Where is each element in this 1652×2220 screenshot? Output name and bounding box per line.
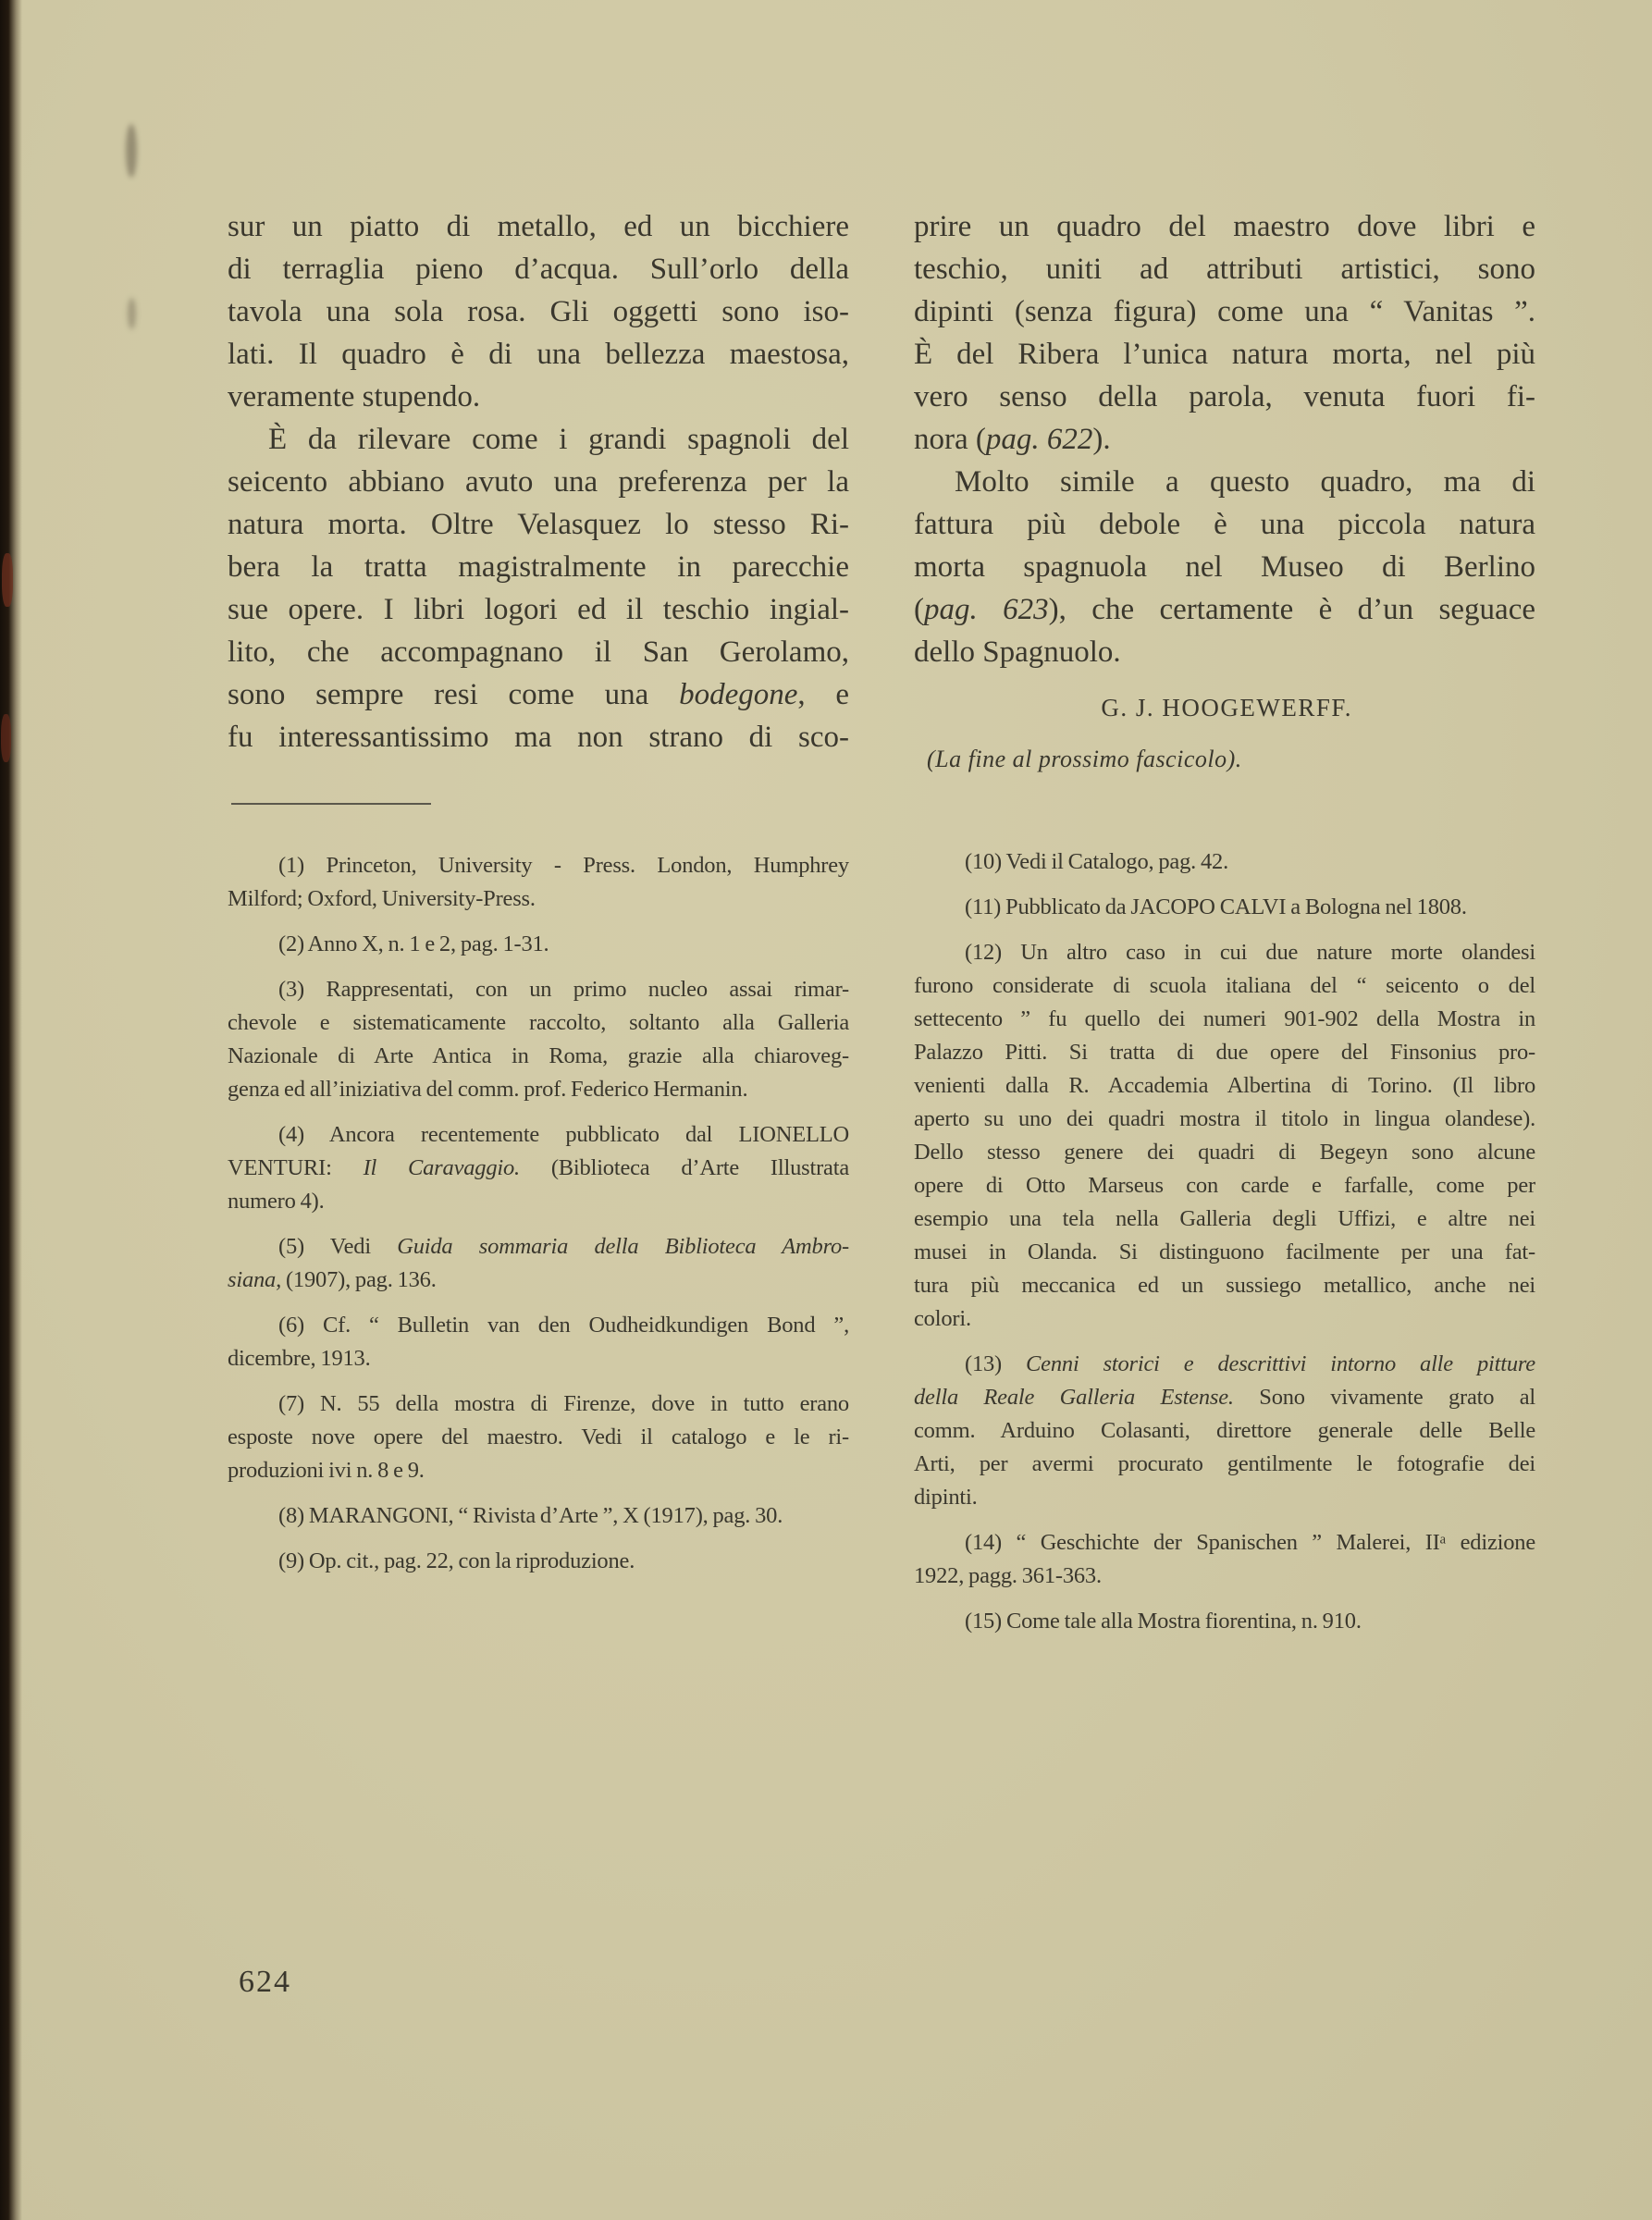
- text-line: morta spagnuola nel Museo di Berlino: [914, 546, 1535, 588]
- text-line: (9) Op. cit., pag. 22, con la riproduzio…: [228, 1545, 849, 1578]
- text-line: siana, (1907), pag. 136.: [228, 1264, 849, 1297]
- text-line: chevole e sistematicamente raccolto, sol…: [228, 1006, 849, 1040]
- footnote: (9) Op. cit., pag. 22, con la riproduzio…: [228, 1545, 849, 1578]
- text-line: veramente stupendo.: [228, 376, 849, 418]
- page: sur un piatto di metallo, ed un bicchier…: [0, 0, 1652, 2220]
- scan-smudge: [126, 124, 137, 178]
- text-line: VENTURI: Il Caravaggio. (Biblioteca d’Ar…: [228, 1152, 849, 1185]
- footnotes-left-column: (1) Princeton, University - Press. Londo…: [228, 849, 849, 1590]
- scan-artifact: [1, 714, 11, 762]
- text-line: bera la tratta magistralmente in parecch…: [228, 546, 849, 588]
- text-line: Dello stesso genere dei quadri di Begeyn…: [914, 1136, 1535, 1169]
- text-line: dipinti (senza figura) come una “ Vanita…: [914, 290, 1535, 333]
- text-line: esposte nove opere del maestro. Vedi il …: [228, 1421, 849, 1454]
- text-line: produzioni ivi n. 8 e 9.: [228, 1454, 849, 1487]
- text-line: comm. Arduino Colasanti, direttore gener…: [914, 1414, 1535, 1448]
- text-line: (pag. 623), che certamente è d’un seguac…: [914, 588, 1535, 631]
- text-line: (4) Ancora recentemente pubblicato dal L…: [228, 1118, 849, 1152]
- footnote: (11) Pubblicato da JACOPO CALVI a Bologn…: [914, 891, 1535, 924]
- text-line: settecento ” fu quello dei numeri 901-90…: [914, 1003, 1535, 1036]
- text-line: 1922, pagg. 361-363.: [914, 1560, 1535, 1593]
- scan-artifact: [2, 553, 13, 607]
- text-line: dello Spagnuolo.: [914, 631, 1535, 673]
- text-line: tavola una sola rosa. Gli oggetti sono i…: [228, 290, 849, 333]
- page-number: 624: [239, 1965, 291, 2000]
- text-line: sur un piatto di metallo, ed un bicchier…: [228, 205, 849, 248]
- footnote: (6) Cf. “ Bulletin van den Oudheidkundig…: [228, 1309, 849, 1375]
- text-line: musei in Olanda. Si distinguono facilmen…: [914, 1236, 1535, 1269]
- text-line: opere di Otto Marseus con carde e farfal…: [914, 1169, 1535, 1202]
- text-line: (2) Anno X, n. 1 e 2, pag. 1-31.: [228, 928, 849, 961]
- text-line: seicento abbiano avuto una preferenza pe…: [228, 461, 849, 503]
- text-line: lito, che accompagnano il San Gerolamo,: [228, 631, 849, 673]
- text-line: (3) Rappresentati, con un primo nucleo a…: [228, 973, 849, 1006]
- text-line: (1) Princeton, University - Press. Londo…: [228, 849, 849, 882]
- text-line: (5) Vedi Guida sommaria della Biblioteca…: [228, 1230, 849, 1264]
- text-line: (14) “ Geschichte der Spanischen ” Maler…: [914, 1526, 1535, 1560]
- text-line: aperto su uno dei quadri mostra il titol…: [914, 1103, 1535, 1136]
- text-line: della Reale Galleria Estense. Sono vivam…: [914, 1381, 1535, 1414]
- text-line: furono considerate di scuola italiana de…: [914, 969, 1535, 1003]
- text-line: teschio, uniti ad attributi artistici, s…: [914, 248, 1535, 290]
- footnote: (7) N. 55 della mostra di Firenze, dove …: [228, 1387, 849, 1487]
- main-right-lines: prire un quadro del maestro dove libri e…: [914, 205, 1535, 673]
- text-line: venienti dalla R. Accademia Albertina di…: [914, 1069, 1535, 1103]
- text-line: Milford; Oxford, University-Press.: [228, 882, 849, 916]
- scan-smudge: [128, 298, 136, 329]
- text-line: (12) Un altro caso in cui due nature mor…: [914, 936, 1535, 969]
- text-line: nora (pag. 622).: [914, 418, 1535, 461]
- text-line: fattura più debole è una piccola natura: [914, 503, 1535, 546]
- footnote: (4) Ancora recentemente pubblicato dal L…: [228, 1118, 849, 1218]
- text-line: Palazzo Pitti. Si tratta di due opere de…: [914, 1036, 1535, 1069]
- text-line: (10) Vedi il Catalogo, pag. 42.: [914, 845, 1535, 879]
- text-line: Molto simile a questo quadro, ma di: [914, 461, 1535, 503]
- footnote-separator-rule: [231, 803, 431, 805]
- text-line: colori.: [914, 1302, 1535, 1336]
- text-line: lati. Il quadro è di una bellezza maesto…: [228, 333, 849, 376]
- text-line: È da rilevare come i grandi spagnoli del: [228, 418, 849, 461]
- text-line: (7) N. 55 della mostra di Firenze, dove …: [228, 1387, 849, 1421]
- main-text-left-column: sur un piatto di metallo, ed un bicchier…: [228, 205, 849, 758]
- main-text-right-column: prire un quadro del maestro dove libri e…: [914, 205, 1535, 781]
- footnote: (2) Anno X, n. 1 e 2, pag. 1-31.: [228, 928, 849, 961]
- page-edge-shadow: [0, 0, 22, 2220]
- text-line: dicembre, 1913.: [228, 1342, 849, 1375]
- text-line: Arti, per avermi procurato gentilmente l…: [914, 1448, 1535, 1481]
- footnote: (15) Come tale alla Mostra fiorentina, n…: [914, 1605, 1535, 1638]
- text-line: natura morta. Oltre Velasquez lo stesso …: [228, 503, 849, 546]
- footnote: (3) Rappresentati, con un primo nucleo a…: [228, 973, 849, 1106]
- footnote: (1) Princeton, University - Press. Londo…: [228, 849, 849, 916]
- footnote: (10) Vedi il Catalogo, pag. 42.: [914, 845, 1535, 879]
- text-line: dipinti.: [914, 1481, 1535, 1514]
- text-line: sono sempre resi come una bodegone, e: [228, 673, 849, 716]
- text-line: (11) Pubblicato da JACOPO CALVI a Bologn…: [914, 891, 1535, 924]
- text-line: prire un quadro del maestro dove libri e: [914, 205, 1535, 248]
- text-line: (8) MARANGONI, “ Rivista d’Arte ”, X (19…: [228, 1499, 849, 1533]
- footnotes-right-column: (10) Vedi il Catalogo, pag. 42.(11) Pubb…: [914, 845, 1535, 1650]
- author-signature: G. J. HOOGEWERFF.: [914, 686, 1535, 729]
- text-line: genza ed all’iniziativa del comm. prof. …: [228, 1073, 849, 1106]
- text-line: fu interessantissimo ma non strano di sc…: [228, 716, 849, 758]
- footnote: (14) “ Geschichte der Spanischen ” Maler…: [914, 1526, 1535, 1593]
- footnote: (12) Un altro caso in cui due nature mor…: [914, 936, 1535, 1336]
- footnote: (5) Vedi Guida sommaria della Biblioteca…: [228, 1230, 849, 1297]
- footnote: (13) Cenni storici e descrittivi intorno…: [914, 1348, 1535, 1514]
- text-line: tura più meccanica ed un sussiego metall…: [914, 1269, 1535, 1302]
- footnote: (8) MARANGONI, “ Rivista d’Arte ”, X (19…: [228, 1499, 849, 1533]
- text-line: esempio una tela nella Galleria degli Uf…: [914, 1202, 1535, 1236]
- text-line: (15) Come tale alla Mostra fiorentina, n…: [914, 1605, 1535, 1638]
- text-line: di terraglia pieno d’acqua. Sull’orlo de…: [228, 248, 849, 290]
- text-line: È del Ribera l’unica natura morta, nel p…: [914, 333, 1535, 376]
- text-line: sue opere. I libri logori ed il teschio …: [228, 588, 849, 631]
- text-line: (13) Cenni storici e descrittivi intorno…: [914, 1348, 1535, 1381]
- text-line: numero 4).: [228, 1185, 849, 1218]
- closing-note: (La fine al prossimo fascicolo).: [914, 738, 1535, 781]
- text-line: (6) Cf. “ Bulletin van den Oudheidkundig…: [228, 1309, 849, 1342]
- text-line: vero senso della parola, venuta fuori fi…: [914, 376, 1535, 418]
- text-line: Nazionale di Arte Antica in Roma, grazie…: [228, 1040, 849, 1073]
